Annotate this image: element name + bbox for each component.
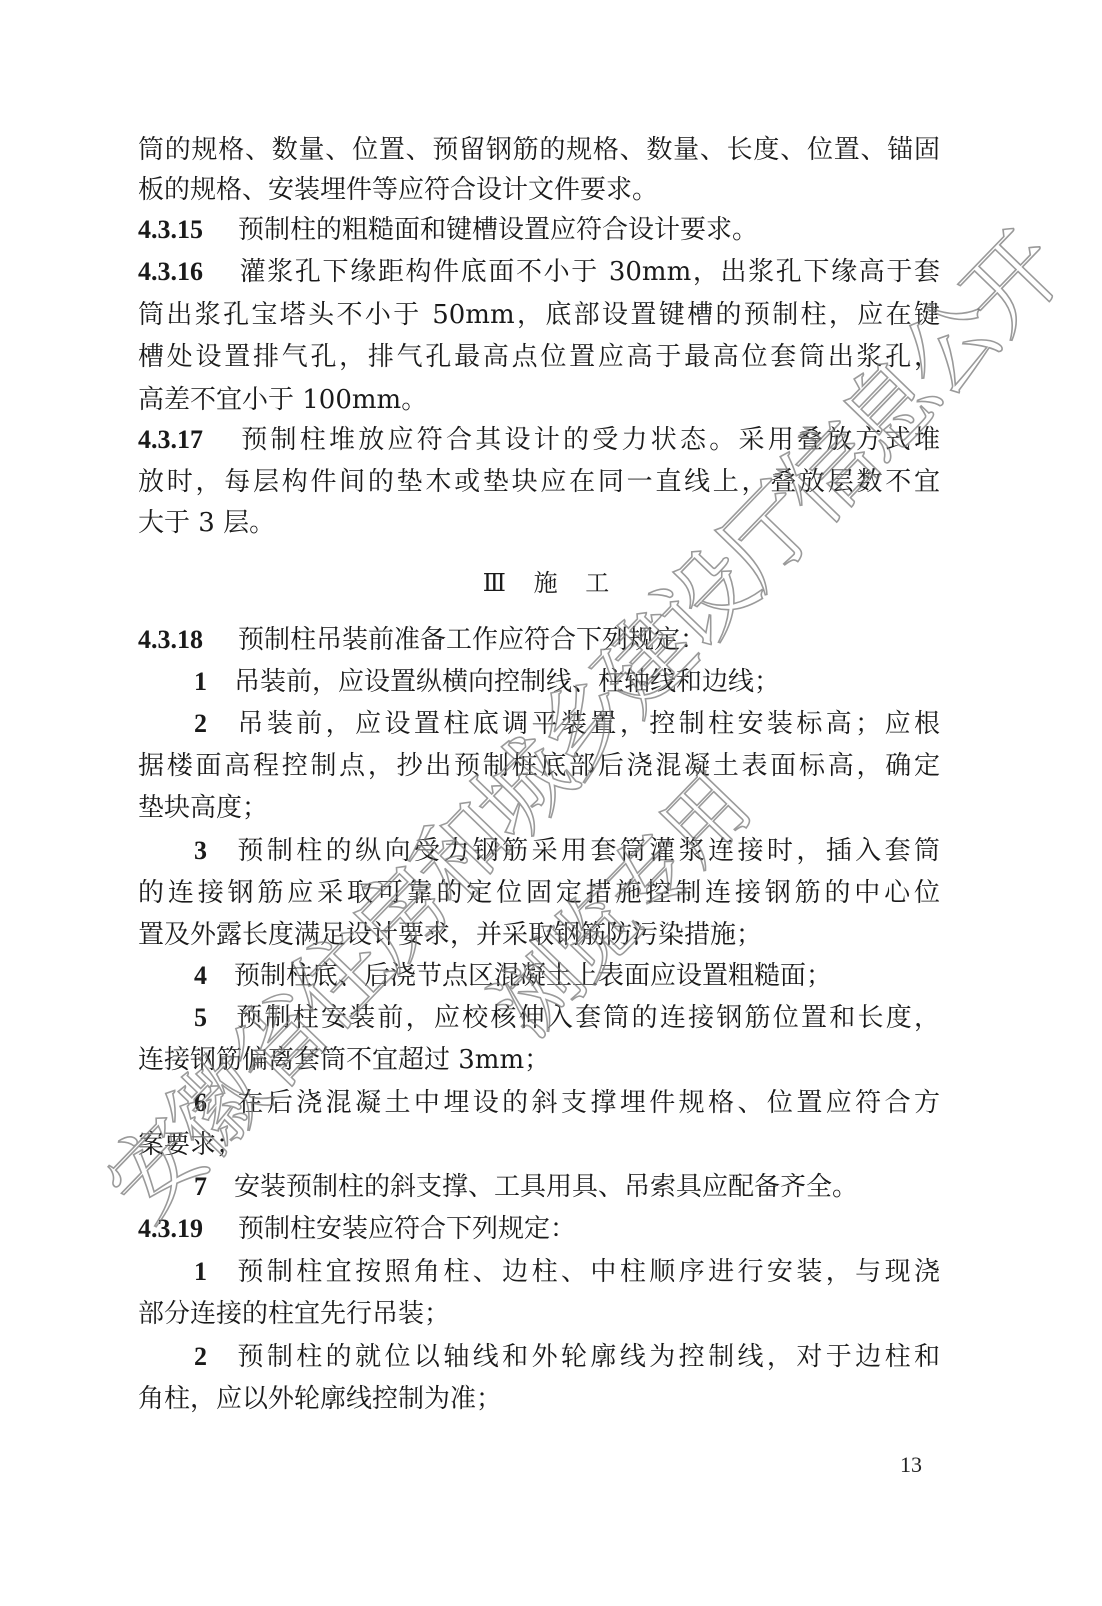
text-line: 大于 3 层。	[138, 506, 940, 540]
item-number: 7	[194, 1170, 234, 1204]
list-item: 2吊装前，应设置柱底调平装置，控制柱安装标高；应根	[138, 707, 940, 741]
text-line: 连接钢筋偏离套筒不宜超过 3mm；	[138, 1043, 940, 1077]
line-text: 大于 3 层。	[138, 508, 275, 538]
clause-number: 4.3.16	[138, 255, 238, 289]
item-number: 4	[194, 959, 234, 993]
document-page: 筒的规格、数量、位置、预留钢筋的规格、数量、长度、位置、锚固 板的规格、安装埋件…	[0, 0, 1102, 1606]
item-number: 2	[194, 1340, 234, 1374]
clause-text: 预制柱安装应符合下列规定：	[238, 1214, 576, 1244]
item-number: 1	[194, 1255, 234, 1289]
item-text: 吊装前，应设置柱底调平装置，控制柱安装标高；应根	[234, 709, 940, 739]
line-text: 案要求；	[138, 1130, 242, 1160]
item-number: 3	[194, 834, 234, 868]
clause-number: 4.3.15	[138, 213, 238, 247]
line-text: 据楼面高程控制点，抄出预制桩底部后浇混凝土表面标高，确定	[138, 751, 940, 781]
list-item: 1预制柱宜按照角柱、边柱、中柱顺序进行安装，与现浇	[138, 1255, 940, 1289]
item-number: 6	[194, 1086, 234, 1120]
text-line: 角柱，应以外轮廓线控制为准；	[138, 1382, 940, 1416]
clause-4-3-17: 4.3.17预制柱堆放应符合其设计的受力状态。采用叠放方式堆	[138, 423, 940, 457]
text-line: 据楼面高程控制点，抄出预制桩底部后浇混凝土表面标高，确定	[138, 749, 940, 783]
line-text: 筒的规格、数量、位置、预留钢筋的规格、数量、长度、位置、锚固	[138, 135, 940, 165]
clause-text: 预制柱吊装前准备工作应符合下列规定：	[238, 625, 706, 655]
section-heading: Ⅲ 施 工	[0, 566, 1102, 600]
line-text: 高差不宜小于 100mm。	[138, 385, 427, 415]
line-text: 连接钢筋偏离套筒不宜超过 3mm；	[138, 1045, 550, 1075]
clause-4-3-16: 4.3.16灌浆孔下缘距构件底面不小于 30mm，出浆孔下缘高于套	[138, 255, 940, 289]
item-number: 1	[194, 665, 234, 699]
text-line: 部分连接的柱宜先行吊装；	[138, 1297, 940, 1331]
line-text: 筒出浆孔宝塔头不小于 50mm，底部设置键槽的预制柱，应在键	[138, 300, 940, 330]
list-item: 4预制柱底、后浇节点区混凝土上表面应设置粗糙面；	[138, 959, 940, 993]
list-item: 2预制柱的就位以轴线和外轮廓线为控制线，对于边柱和	[138, 1340, 940, 1374]
text-line: 的连接钢筋应采取可靠的定位固定措施控制连接钢筋的中心位	[138, 876, 940, 910]
clause-4-3-19: 4.3.19预制柱安装应符合下列规定：	[138, 1212, 940, 1246]
text-line: 筒的规格、数量、位置、预留钢筋的规格、数量、长度、位置、锚固	[138, 133, 940, 167]
line-text: 的连接钢筋应采取可靠的定位固定措施控制连接钢筋的中心位	[138, 878, 940, 908]
clause-text: 预制柱堆放应符合其设计的受力状态。采用叠放方式堆	[238, 425, 940, 455]
list-item: 6在后浇混凝土中埋设的斜支撑埋件规格、位置应符合方	[138, 1086, 940, 1120]
list-item: 1吊装前，应设置纵横向控制线、柱轴线和边线；	[138, 665, 940, 699]
clause-number: 4.3.17	[138, 423, 238, 457]
clause-number: 4.3.18	[138, 623, 238, 657]
text-line: 槽处设置排气孔，排气孔最高点位置应高于最高位套筒出浆孔，	[138, 340, 940, 374]
item-text: 预制柱的纵向受力钢筋采用套筒灌浆连接时，插入套筒	[234, 836, 940, 866]
clause-number: 4.3.19	[138, 1212, 238, 1246]
text-line: 垫块高度；	[138, 791, 940, 825]
clause-text: 灌浆孔下缘距构件底面不小于 30mm，出浆孔下缘高于套	[238, 257, 940, 287]
list-item: 5预制柱安装前，应校核伸入套筒的连接钢筋位置和长度，	[138, 1001, 940, 1035]
line-text: 放时，每层构件间的垫木或垫块应在同一直线上，叠放层数不宜	[138, 467, 940, 497]
item-text: 预制柱的就位以轴线和外轮廓线为控制线，对于边柱和	[234, 1342, 940, 1372]
item-text: 预制柱宜按照角柱、边柱、中柱顺序进行安装，与现浇	[234, 1257, 940, 1287]
clause-4-3-18: 4.3.18预制柱吊装前准备工作应符合下列规定：	[138, 623, 940, 657]
item-text: 在后浇混凝土中埋设的斜支撑埋件规格、位置应符合方	[234, 1088, 940, 1118]
text-line: 案要求；	[138, 1128, 940, 1162]
item-text: 预制柱底、后浇节点区混凝土上表面应设置粗糙面；	[234, 961, 832, 991]
line-text: 垫块高度；	[138, 793, 268, 823]
item-text: 吊装前，应设置纵横向控制线、柱轴线和边线；	[234, 667, 780, 697]
text-line: 置及外露长度满足设计要求，并采取钢筋防污染措施；	[138, 918, 940, 952]
line-text: 角柱，应以外轮廓线控制为准；	[138, 1384, 502, 1414]
line-text: 置及外露长度满足设计要求，并采取钢筋防污染措施；	[138, 920, 762, 950]
item-number: 2	[194, 707, 234, 741]
page-number: 13	[900, 1452, 922, 1478]
item-number: 5	[194, 1001, 234, 1035]
clause-4-3-15: 4.3.15预制柱的粗糙面和键槽设置应符合设计要求。	[138, 213, 940, 247]
list-item: 7安装预制柱的斜支撑、工具用具、吊索具应配备齐全。	[138, 1170, 940, 1204]
line-text: 槽处设置排气孔，排气孔最高点位置应高于最高位套筒出浆孔，	[138, 342, 940, 372]
line-text: 部分连接的柱宜先行吊装；	[138, 1299, 450, 1329]
item-text: 安装预制柱的斜支撑、工具用具、吊索具应配备齐全。	[234, 1172, 858, 1202]
text-line: 板的规格、安装埋件等应符合设计文件要求。	[138, 173, 940, 207]
line-text: 板的规格、安装埋件等应符合设计文件要求。	[138, 175, 658, 205]
item-text: 预制柱安装前，应校核伸入套筒的连接钢筋位置和长度，	[234, 1003, 940, 1033]
clause-text: 预制柱的粗糙面和键槽设置应符合设计要求。	[238, 215, 758, 245]
text-line: 筒出浆孔宝塔头不小于 50mm，底部设置键槽的预制柱，应在键	[138, 298, 940, 332]
text-line: 放时，每层构件间的垫木或垫块应在同一直线上，叠放层数不宜	[138, 465, 940, 499]
list-item: 3预制柱的纵向受力钢筋采用套筒灌浆连接时，插入套筒	[138, 834, 940, 868]
text-line: 高差不宜小于 100mm。	[138, 383, 940, 417]
